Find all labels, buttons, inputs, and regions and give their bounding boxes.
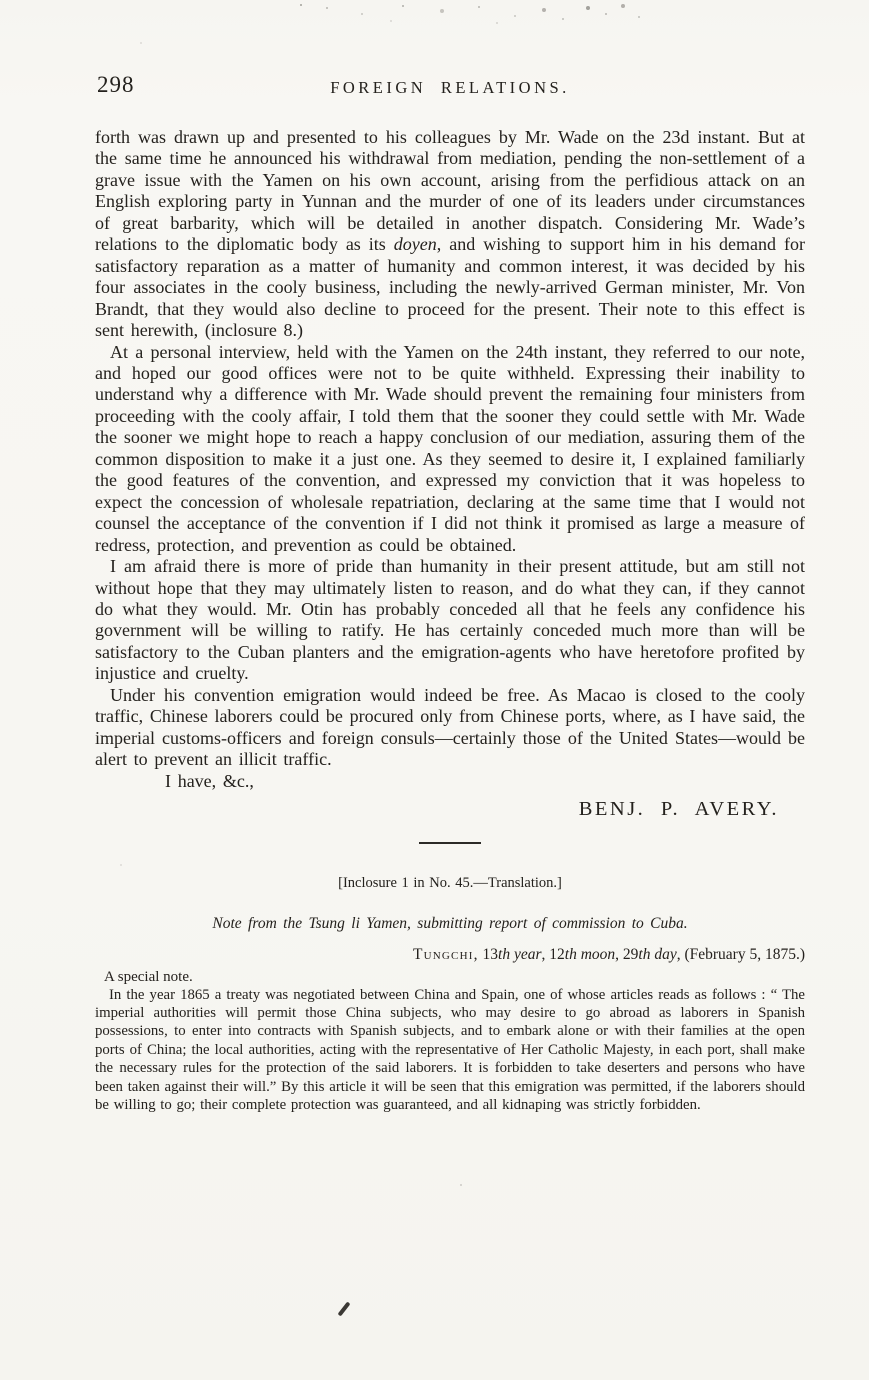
inclosure-paragraph: In the year 1865 a treaty was negotiated… [95, 986, 805, 1115]
page-number: 298 [97, 72, 135, 98]
letter-paragraph-2: At a personal interview, held with the Y… [95, 342, 805, 557]
document-page: 298 FOREIGN RELATIONS. forth was drawn u… [0, 0, 869, 1380]
letter-body: forth was drawn up and presented to his … [95, 127, 805, 821]
scan-noise [300, 4, 302, 6]
ink-mark [337, 1301, 350, 1316]
signature: BENJ. P. AVERY. [95, 799, 779, 820]
inclosure-section: [Inclosure 1 in No. 45.—Translation.] No… [95, 875, 805, 1115]
page-header: 298 FOREIGN RELATIONS. [95, 70, 805, 104]
dateline-date: 13th year, 12th moon, 29th day, (Februar… [479, 946, 805, 963]
letter-closing: I have, &c., [95, 771, 805, 792]
inclosure-title: Note from the Tsung li Yamen, submitting… [95, 915, 805, 933]
letter-paragraph-4: Under his convention emigration would in… [95, 685, 805, 771]
letter-paragraph-3: I am afraid there is more of pride than … [95, 556, 805, 685]
running-title: FOREIGN RELATIONS. [95, 70, 805, 98]
letter-paragraph-1: forth was drawn up and presented to his … [95, 127, 805, 342]
special-note: A special note. [95, 969, 805, 986]
inclosure-heading: [Inclosure 1 in No. 45.—Translation.] [95, 875, 805, 892]
section-divider-rule [419, 842, 481, 844]
inclosure-dateline: Tungchi, 13th year, 12th moon, 29th day,… [95, 946, 805, 964]
dateline-era: Tungchi, [413, 946, 479, 963]
